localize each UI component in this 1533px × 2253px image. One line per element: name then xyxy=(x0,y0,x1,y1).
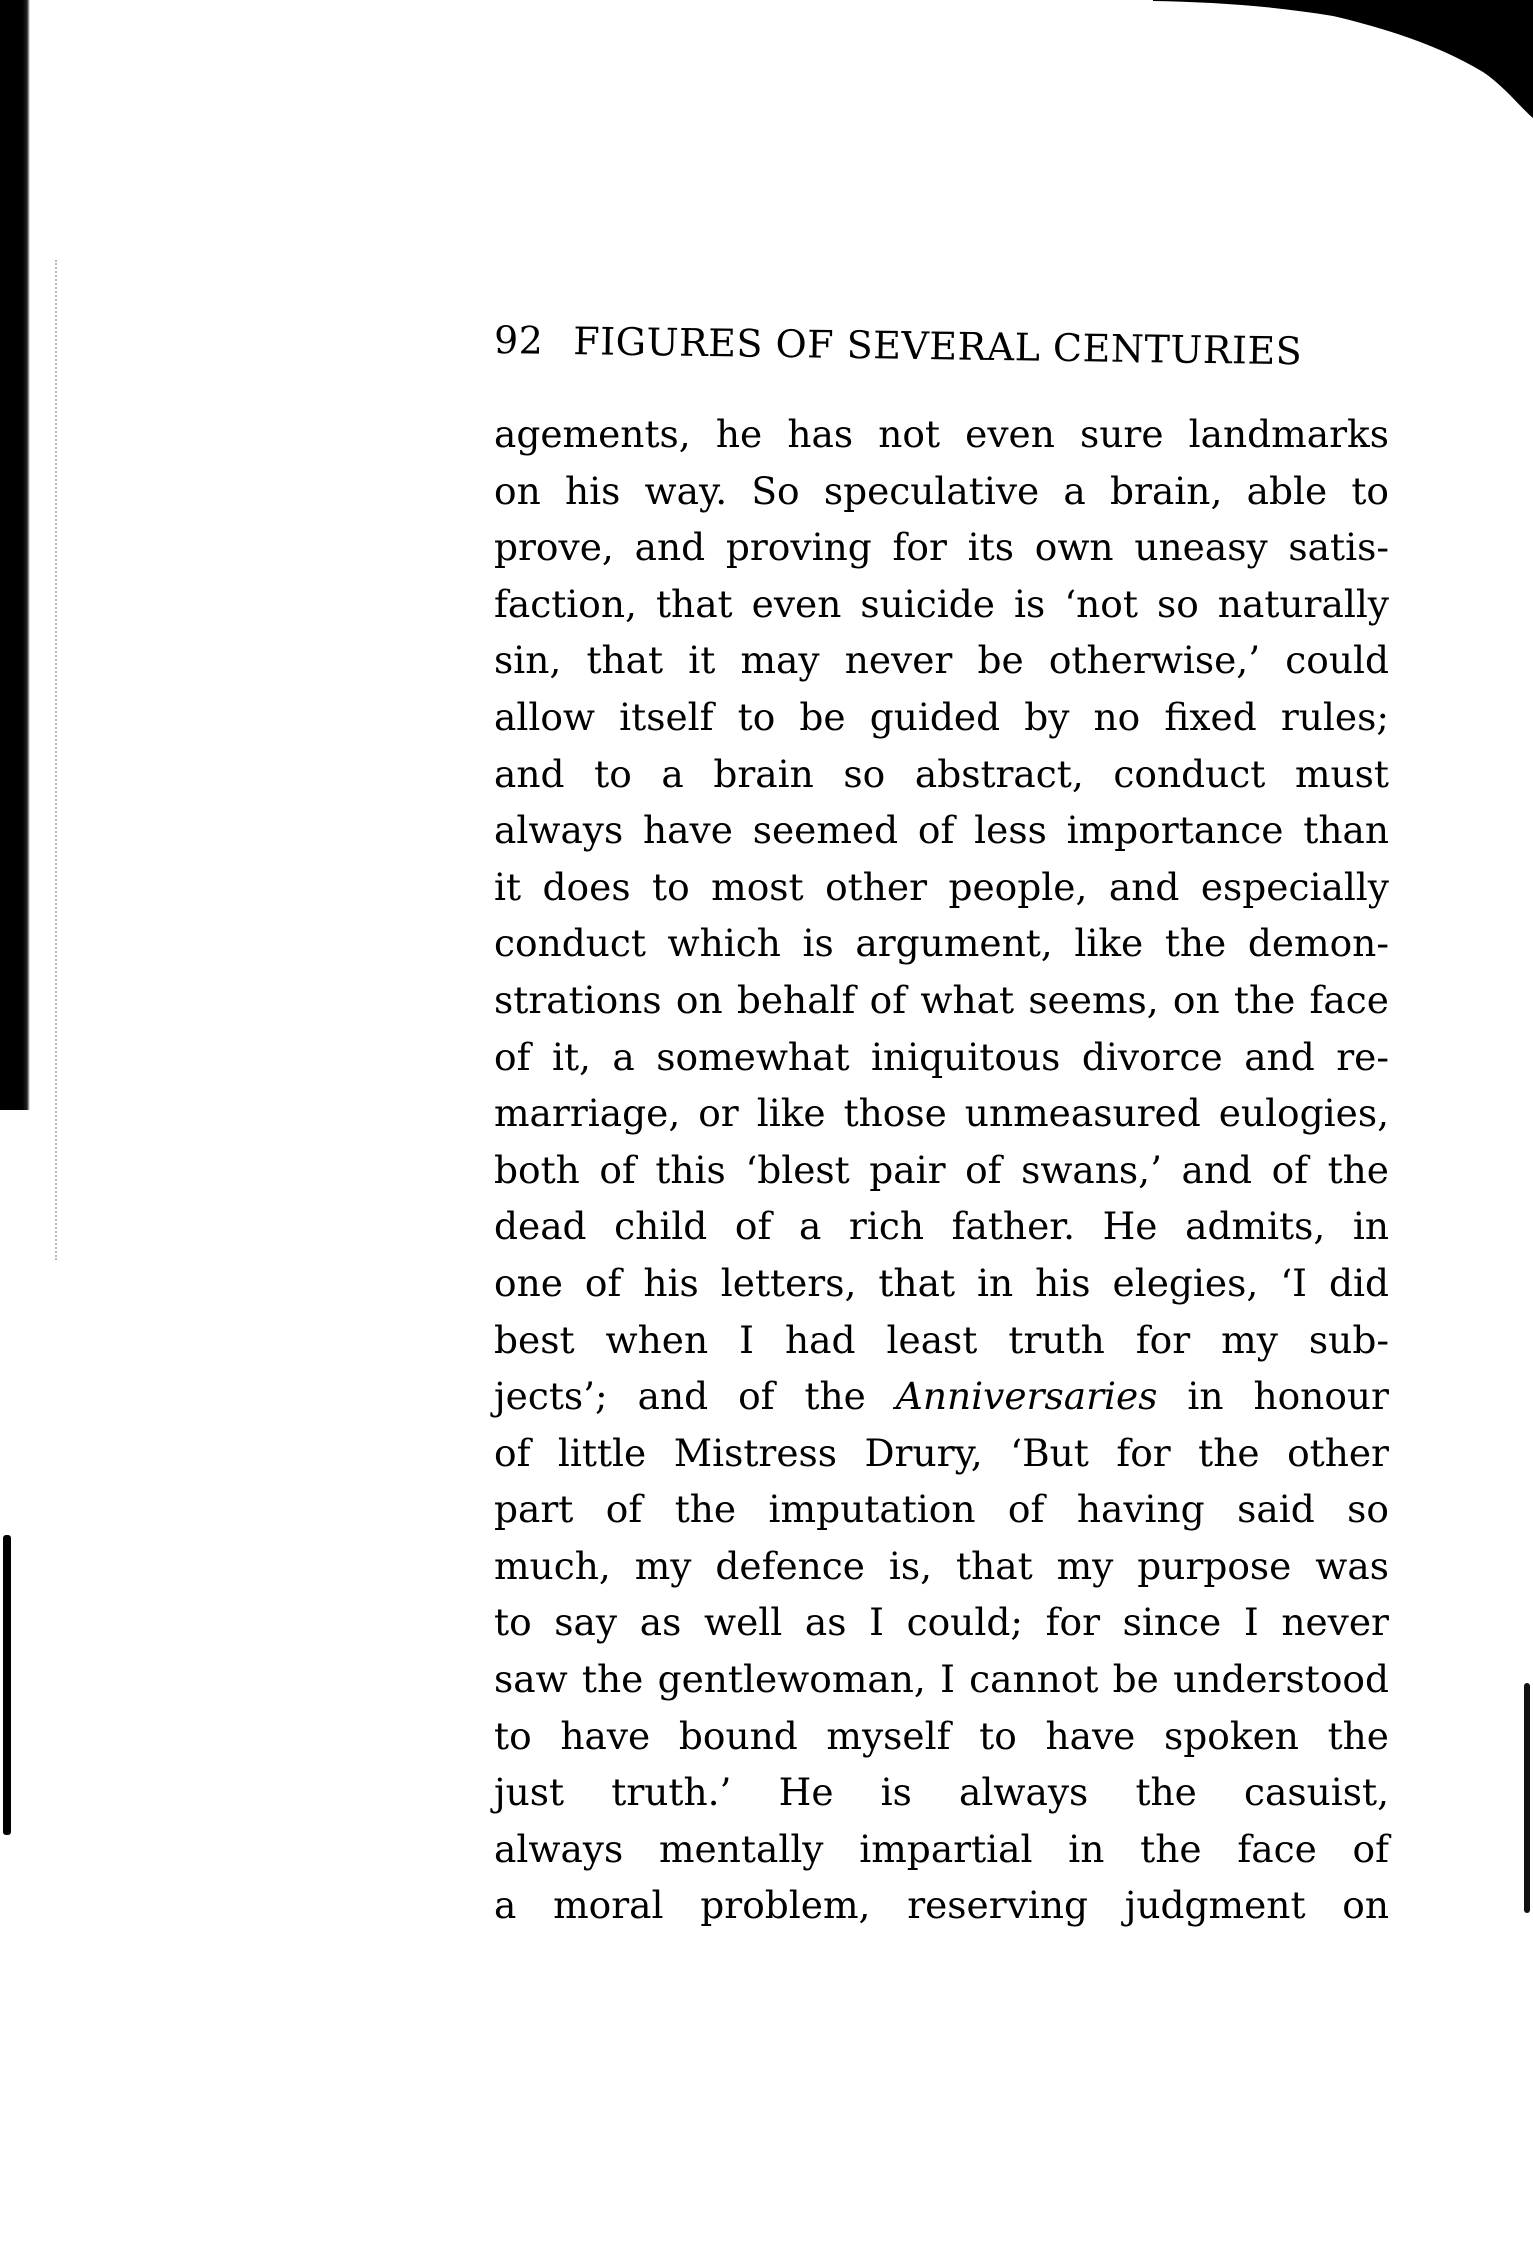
book-page: 92 FIGURES OF SEVERAL CENTURIES agements… xyxy=(494,318,1389,1934)
scan-spine-mark xyxy=(3,1535,11,1835)
running-head: 92 FIGURES OF SEVERAL CENTURIES xyxy=(494,318,1390,374)
body-text: agements, he has not even sure landmarks… xyxy=(494,406,1389,1934)
text-line: allow itself to be guided by no fixed ru… xyxy=(494,689,1389,746)
scan-gutter-dots xyxy=(55,260,59,1260)
text-line: both of this ‘blest pair of swans,’ and … xyxy=(494,1142,1389,1199)
text-line: best when I had least truth for my sub- xyxy=(494,1312,1389,1369)
text-segment: jects’; and of the xyxy=(494,1374,896,1418)
running-title: FIGURES OF SEVERAL CENTURIES xyxy=(573,319,1303,373)
text-segment: in honour xyxy=(1157,1374,1389,1418)
text-line: to have bound myself to have spoken the xyxy=(494,1708,1389,1765)
text-line: just truth.’ He is always the casuist, xyxy=(494,1764,1389,1821)
text-line: of it, a somewhat iniquitous divorce and… xyxy=(494,1029,1389,1086)
text-line: always have seemed of less importance th… xyxy=(494,802,1389,859)
text-line: strations on behalf of what seems, on th… xyxy=(494,972,1389,1029)
page-number: 92 xyxy=(494,318,544,363)
text-line: much, my defence is, that my purpose was xyxy=(494,1538,1389,1595)
text-line: saw the gentlewoman, I cannot be underst… xyxy=(494,1651,1389,1708)
text-line: agements, he has not even sure landmarks xyxy=(494,406,1389,463)
text-line: one of his letters, that in his elegies,… xyxy=(494,1255,1389,1312)
text-line: conduct which is argument, like the demo… xyxy=(494,915,1389,972)
text-line: it does to most other people, and especi… xyxy=(494,859,1389,916)
text-line: of little Mistress Drury, ‘But for the o… xyxy=(494,1425,1389,1482)
text-line: marriage, or like those unmeasured eulog… xyxy=(494,1085,1389,1142)
text-line: a moral problem, reserving judgment on xyxy=(494,1877,1389,1934)
text-line: faction, that even suicide is ‘not so na… xyxy=(494,576,1389,633)
text-line: dead child of a rich father. He admits, … xyxy=(494,1198,1389,1255)
text-line: always mentally impartial in the face of xyxy=(494,1821,1389,1878)
text-line-with-italic: jects’; and of the Anniversaries in hono… xyxy=(494,1368,1389,1425)
scan-corner-shadow xyxy=(1153,0,1533,120)
text-line: part of the imputation of having said so xyxy=(494,1481,1389,1538)
text-line: to say as well as I could; for since I n… xyxy=(494,1594,1389,1651)
scan-spine-shadow xyxy=(0,0,30,1110)
text-line: on his way. So speculative a brain, able… xyxy=(494,463,1389,520)
scan-edge-mark xyxy=(1524,1683,1530,1913)
text-line: prove, and proving for its own uneasy sa… xyxy=(494,519,1389,576)
italic-title-anniversaries: Anniversaries xyxy=(896,1374,1158,1418)
text-line: sin, that it may never be otherwise,’ co… xyxy=(494,632,1389,689)
text-line: and to a brain so abstract, conduct must xyxy=(494,746,1389,803)
